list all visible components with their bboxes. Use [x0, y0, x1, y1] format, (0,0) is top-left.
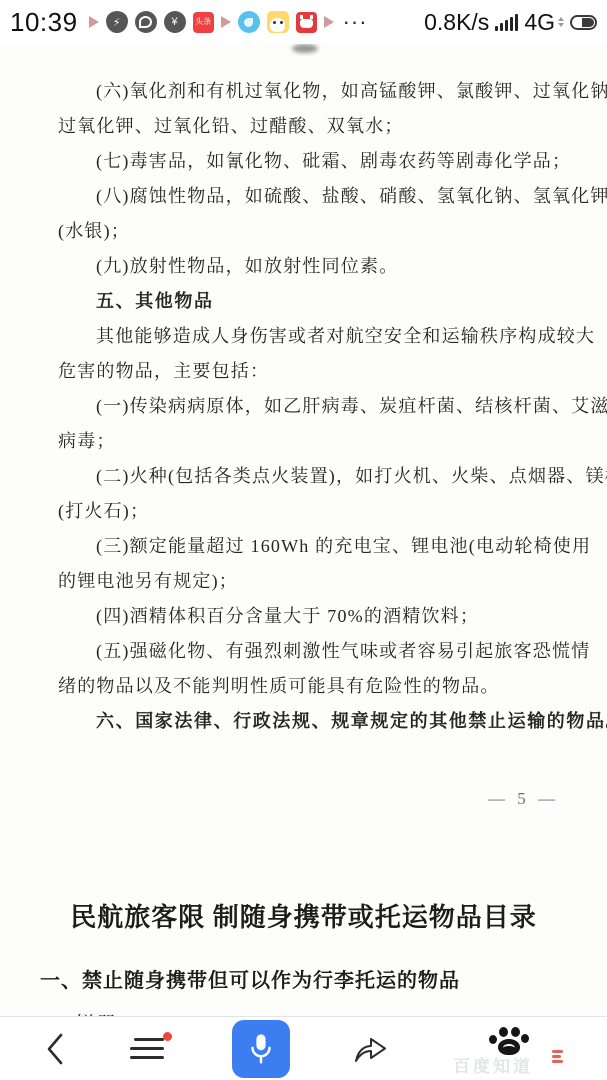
- status-bar-right: 0.8K/s 4G: [424, 9, 597, 36]
- page-number: — 5 —: [0, 789, 607, 809]
- document-line: (三)额定能量超过 160Wh 的充电宝、锂电池(电动轮椅使用: [58, 529, 563, 564]
- phone-screen: 10:39 ⚡ ¥ 头条 ··· 0.8K/s 4G (六)氧化剂和有机过氧化物…: [0, 0, 607, 1080]
- network-type: 4G: [524, 9, 555, 36]
- baidu-zhidao-watermark: 百度知道: [453, 1026, 563, 1072]
- document-line: (九)放射性物品，如放射性同位素。: [58, 249, 563, 284]
- menu-button[interactable]: [130, 1036, 168, 1062]
- document-line: (打火石)；: [58, 494, 563, 529]
- document-line: 五、其他物品: [58, 284, 563, 319]
- tmall-app-icon: [296, 12, 317, 33]
- data-activity-icon: [558, 17, 564, 27]
- back-chevron-icon: [44, 1032, 66, 1066]
- document-line: 过氧化钾、过氧化铅、过醋酸、双氧水；: [58, 109, 563, 144]
- section-heading: 一、禁止随身携带但可以作为行李托运的物品: [0, 964, 607, 993]
- microphone-icon: [246, 1032, 276, 1066]
- bottom-nav-bar: 百度知道: [0, 1016, 607, 1080]
- document-line: 的锂电池另有规定)；: [58, 564, 563, 599]
- toutiao-app-icon: 头条: [193, 12, 214, 33]
- network-speed: 0.8K/s: [424, 9, 489, 36]
- status-bar: 10:39 ⚡ ¥ 头条 ··· 0.8K/s 4G: [0, 0, 607, 44]
- more-notifications-icon: ···: [343, 9, 368, 35]
- document-line: (七)毒害品，如氰化物、砒霜、剧毒农药等剧毒化学品；: [58, 144, 563, 179]
- bear-paw-icon: [487, 1026, 533, 1060]
- back-button[interactable]: [44, 1032, 66, 1066]
- share-arrow-icon: [353, 1034, 389, 1064]
- voice-search-button[interactable]: [232, 1020, 290, 1078]
- section-item: (一)锐器: [0, 1009, 607, 1016]
- watermark-red-mark-icon: [552, 1050, 563, 1064]
- notification-arrow-icon: [221, 16, 231, 28]
- document-line: (水银)；: [58, 214, 563, 249]
- document-page: (六)氧化剂和有机过氧化物，如高锰酸钾、氯酸钾、过氧化钠、过氧化钾、过氧化铅、过…: [0, 44, 607, 1016]
- wallet-app-icon: ¥: [164, 11, 186, 33]
- document-line: (二)火种(包括各类点火装置)，如打火机、火柴、点烟器、镁棒: [58, 459, 563, 494]
- document-line: 六、国家法律、行政法规、规章规定的其他禁止运输的物品。: [58, 704, 563, 739]
- signal-strength-icon: [495, 13, 518, 31]
- chat-app-icon: [135, 11, 157, 33]
- browser-app-icon: [238, 11, 260, 33]
- document-lines: (六)氧化剂和有机过氧化物，如高锰酸钾、氯酸钾、过氧化钠、过氧化钾、过氧化铅、过…: [0, 44, 607, 739]
- security-shield-icon: ⚡: [106, 11, 128, 33]
- document-line: 病毒；: [58, 424, 563, 459]
- document-line: (八)腐蚀性物品，如硫酸、盐酸、硝酸、氢氧化钠、氢氧化钾、汞: [58, 179, 563, 214]
- clock: 10:39: [10, 7, 78, 38]
- share-button[interactable]: [353, 1034, 389, 1064]
- document-line: 其他能够造成人身伤害或者对航空安全和运输秩序构成较大: [58, 319, 563, 354]
- document-line: (一)传染病病原体，如乙肝病毒、炭疽杆菌、结核杆菌、艾滋病: [58, 389, 563, 424]
- scan-smudge: [292, 44, 318, 53]
- battery-icon: [570, 15, 597, 30]
- notification-arrow-icon: [89, 16, 99, 28]
- document-line: 危害的物品，主要包括：: [58, 354, 563, 389]
- document-line: (六)氧化剂和有机过氧化物，如高锰酸钾、氯酸钾、过氧化钠、: [58, 74, 563, 109]
- document-line: 绪的物品以及不能判明性质可能具有危险性的物品。: [58, 669, 563, 704]
- document-title: 民航旅客限 制随身携带或托运物品目录: [0, 897, 607, 934]
- document-line: (五)强磁化物、有强烈刺激性气味或者容易引起旅客恐慌情: [58, 634, 563, 669]
- menu-badge-dot: [163, 1032, 172, 1041]
- notification-arrow-icon: [324, 16, 334, 28]
- avatar-app-icon: [267, 11, 289, 33]
- document-line: (四)酒精体积百分含量大于 70%的酒精饮料；: [58, 599, 563, 634]
- menu-icon: [130, 1036, 168, 1062]
